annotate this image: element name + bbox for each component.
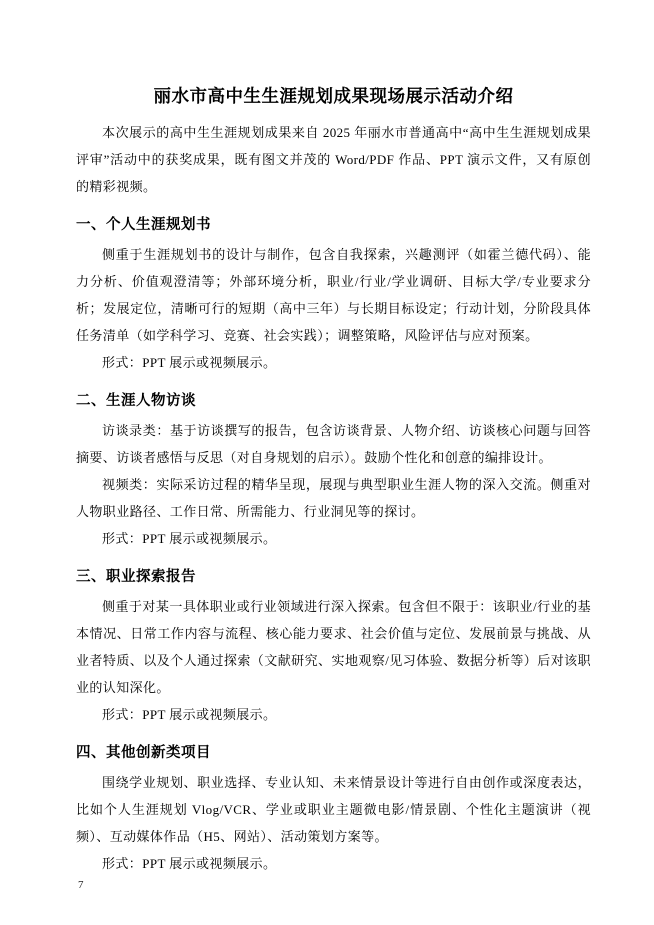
section-heading: 一、个人生涯规划书 bbox=[76, 215, 591, 236]
paragraph-format: 形式：PPT 展示或视频展示。 bbox=[76, 850, 591, 877]
paragraph: 访谈录类：基于访谈撰写的报告，包含访谈背景、人物介绍、访谈核心问题与回答摘要、访… bbox=[76, 417, 591, 471]
paragraph: 侧重于生涯规划书的设计与制作，包含自我探索，兴趣测评（如霍兰德代码）、能力分析、… bbox=[76, 241, 591, 349]
page-number: 7 bbox=[78, 878, 84, 892]
section-career-interview: 二、生涯人物访谈 访谈录类：基于访谈撰写的报告，包含访谈背景、人物介绍、访谈核心… bbox=[76, 391, 591, 552]
paragraph-format: 形式：PPT 展示或视频展示。 bbox=[76, 525, 591, 552]
paragraph: 视频类：实际采访过程的精华呈现，展现与典型职业生涯人物的深入交流。侧重对人物职业… bbox=[76, 471, 591, 525]
section-personal-career-plan: 一、个人生涯规划书 侧重于生涯规划书的设计与制作，包含自我探索，兴趣测评（如霍兰… bbox=[76, 215, 591, 376]
section-career-exploration-report: 三、职业探索报告 侧重于对某一具体职业或行业领域进行深入探索。包含但不限于：该职… bbox=[76, 567, 591, 728]
paragraph-format: 形式：PPT 展示或视频展示。 bbox=[76, 701, 591, 728]
section-other-innovation-projects: 四、其他创新类项目 围绕学业规划、职业选择、专业认知、未来情景设计等进行自由创作… bbox=[76, 743, 591, 877]
intro-paragraph: 本次展示的高中生生涯规划成果来自 2025 年丽水市普通高中“高中生生涯规划成果… bbox=[76, 119, 591, 200]
document-title: 丽水市高中生生涯规划成果现场展示活动介绍 bbox=[76, 84, 591, 108]
section-heading: 四、其他创新类项目 bbox=[76, 743, 591, 764]
section-heading: 三、职业探索报告 bbox=[76, 567, 591, 588]
section-heading: 二、生涯人物访谈 bbox=[76, 391, 591, 412]
document-page: 丽水市高中生生涯规划成果现场展示活动介绍 本次展示的高中生生涯规划成果来自 20… bbox=[0, 0, 654, 925]
paragraph-format: 形式：PPT 展示或视频展示。 bbox=[76, 349, 591, 376]
paragraph: 侧重于对某一具体职业或行业领域进行深入探索。包含但不限于：该职业/行业的基本情况… bbox=[76, 593, 591, 701]
paragraph: 围绕学业规划、职业选择、专业认知、未来情景设计等进行自由创作或深度表达，比如个人… bbox=[76, 769, 591, 850]
